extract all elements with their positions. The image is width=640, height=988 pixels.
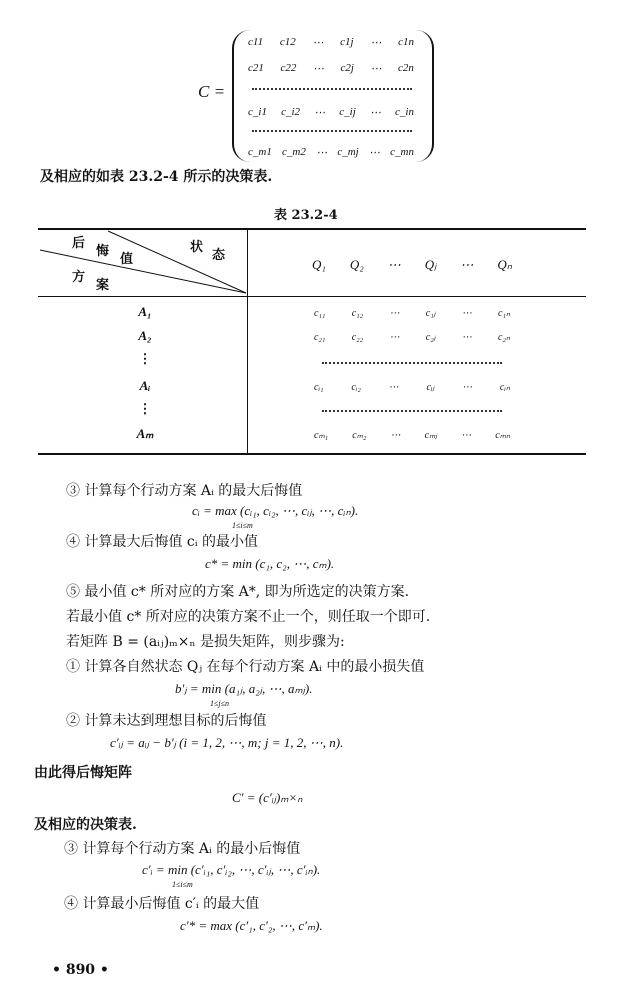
matrix-row-i: c_i1c_i2⋯c_ij⋯c_in: [248, 106, 414, 119]
loss-intro: 若矩阵 B = (aᵢⱼ)ₘ×ₙ 是损失矩阵，则步骤为:: [66, 631, 345, 651]
corner-regret-2: 悔: [96, 240, 109, 259]
loss-step-1: ① 计算各自然状态 Qⱼ 在每个行动方案 Aᵢ 中的最小损失值: [66, 656, 424, 676]
loss-formula-1-range: 1≤j≤n: [210, 699, 229, 708]
table-row: c₂₁c₂₂⋯c₂ⱼ⋯c₂ₙ: [314, 332, 510, 343]
note-multiple: 若最小值 c* 所对应的决策方案不止一个，则任取一个即可.: [66, 606, 430, 626]
matrix-row-m: c_m1c_m2⋯c_mj⋯c_mn: [248, 146, 414, 159]
loss-formula-1: b′ⱼ = min (a₁ⱼ, a₂ⱼ, ⋯, aₘⱼ).: [175, 681, 313, 697]
matrix-dots: [252, 130, 412, 132]
corner-regret-3: 值: [120, 248, 133, 267]
step-5: ⑤ 最小值 c* 所对应的方案 A*, 即为所选定的决策方案.: [66, 581, 409, 601]
formula-3-max-range: 1≤i≤m: [232, 521, 253, 530]
left-paren: [232, 30, 252, 162]
formula-4-max: c* = min (c₁, c₂, ⋯, cₘ).: [205, 556, 334, 572]
loss-formula-2: c′ᵢⱼ = aᵢⱼ − b′ⱼ (i = 1, 2, ⋯, m; j = 1,…: [110, 735, 343, 751]
table-row: cₘ₁cₘ₂⋯cₘⱼ⋯cₘₙ: [314, 430, 510, 441]
loss-step-2: ② 计算未达到理想目标的后悔值: [66, 710, 266, 730]
corner-regret-1: 后: [72, 232, 85, 251]
matrix-label: C =: [198, 82, 225, 102]
row-label-a1: A₁: [130, 304, 160, 320]
row-dots: [322, 362, 502, 364]
loss-formula-3-range: 1≤i≤m: [172, 880, 193, 889]
step-4-max: ④ 计算最大后悔值 cᵢ 的最小值: [66, 531, 258, 551]
loss-step-4: ④ 计算最小后悔值 c′ᵢ 的最大值: [64, 893, 259, 913]
table-title: 表 23.2-4: [274, 204, 338, 223]
formula-3-max: cᵢ = max (cᵢ₁, cᵢ₂, ⋯, cᵢⱼ, ⋯, cᵢₙ).: [192, 503, 358, 519]
decision-line: 及相应的决策表.: [34, 814, 137, 834]
matrix-c: C = c11c12⋯c1j⋯c1n c21c22⋯c2j⋯c2n c_i1c_…: [198, 30, 438, 162]
loss-formula-4: c′* = max (c′₁, c′₂, ⋯, c′ₘ).: [180, 918, 323, 934]
row-dots: [322, 410, 502, 412]
loss-step-3: ③ 计算每个行动方案 Aᵢ 的最小后悔值: [64, 838, 300, 858]
corner-scheme-2: 案: [96, 274, 109, 293]
regret-matrix-formula: C′ = (c′ᵢⱼ)ₘ×ₙ: [232, 790, 302, 806]
page-number: • 890 •: [52, 962, 109, 978]
corner-state-2: 态: [212, 244, 225, 263]
row-label-vdots: ⋮: [130, 402, 160, 417]
corner-diagonals: [38, 229, 248, 297]
loss-formula-3: c′ᵢ = min (c′ᵢ₁, c′ᵢ₂, ⋯, c′ᵢⱼ, ⋯, c′ᵢₙ)…: [142, 862, 320, 878]
row-label-ai: Aᵢ: [130, 378, 160, 394]
matrix-row-1: c11c12⋯c1j⋯c1n: [248, 36, 414, 49]
table-row: cᵢ₁cᵢ₂⋯cᵢⱼ⋯cᵢₙ: [314, 382, 510, 393]
row-label-vdots: ⋮: [130, 352, 160, 367]
matrix-row-2: c21c22⋯c2j⋯c2n: [248, 62, 414, 75]
row-label-am: Aₘ: [130, 426, 160, 442]
row-label-a2: A₂: [130, 328, 160, 344]
table-row: c₁₁c₁₂⋯c₁ⱼ⋯c₁ₙ: [314, 308, 510, 319]
table-bottom-rule: [38, 453, 586, 455]
step-3-max: ③ 计算每个行动方案 Aᵢ 的最大后悔值: [66, 480, 302, 500]
result-line: 由此得后悔矩阵: [34, 762, 132, 782]
intro-line: 及相应的如表 23.2-4 所示的决策表.: [40, 166, 272, 186]
right-paren: [414, 30, 434, 162]
matrix-dots: [252, 88, 412, 90]
corner-state-1: 状: [190, 236, 203, 255]
corner-scheme-1: 方: [72, 266, 85, 285]
table-column-headers: Q₁Q₂⋯Qⱼ⋯Qₙ: [312, 257, 512, 273]
